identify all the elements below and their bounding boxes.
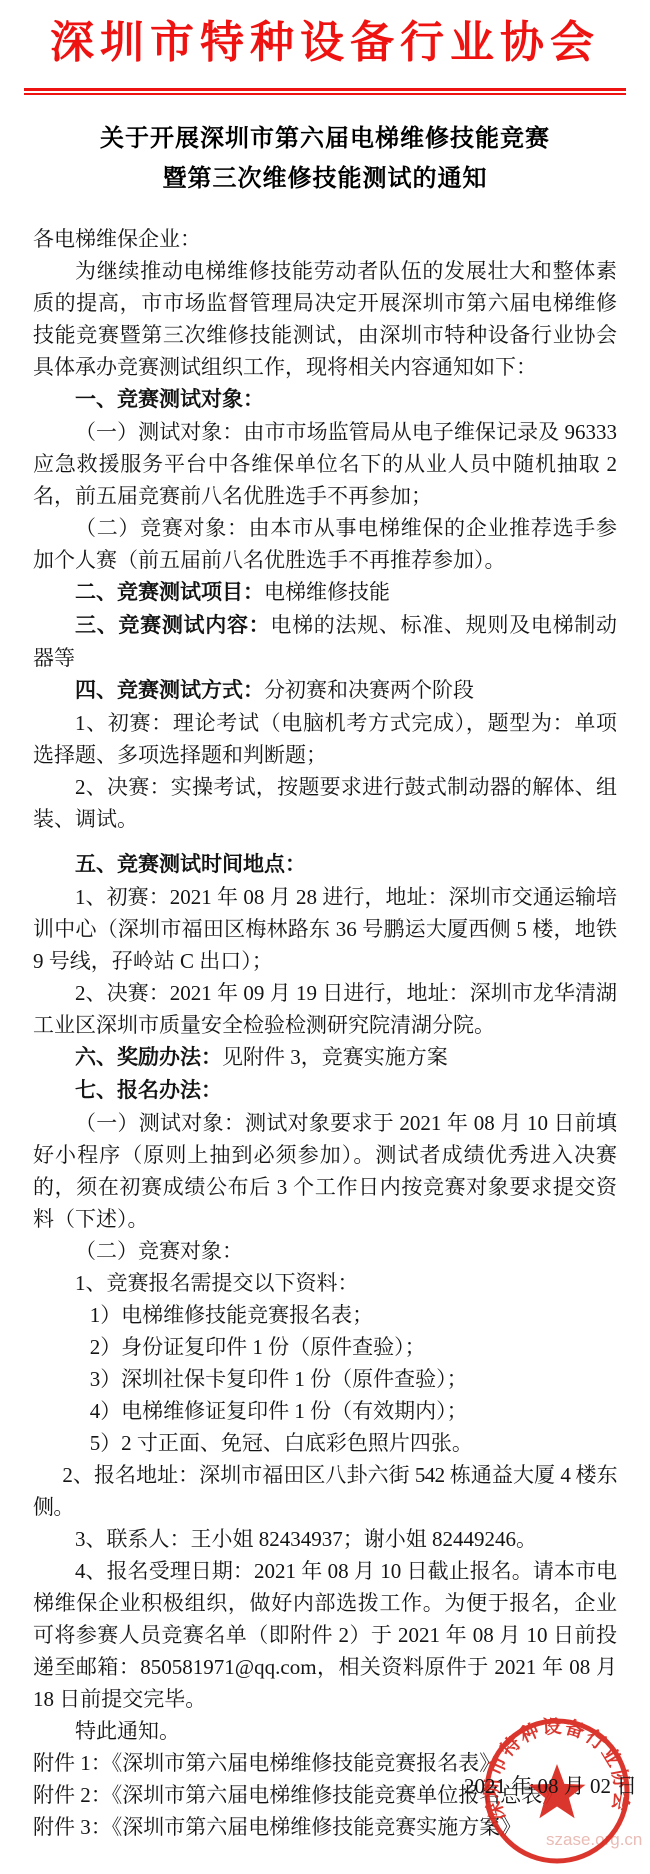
section-7-heading: 七、报名办法： [33, 1074, 617, 1107]
intro-paragraph: 为继续推动电梯维修技能劳动者队伍的发展壮大和整体素质的提高，市市场监督管理局决定… [33, 255, 617, 383]
section-3-heading: 三、竞赛测试内容：电梯的法规、标准、规则及电梯制动器等 [33, 609, 617, 674]
section-4-item-2: 2、决赛：实操考试，按题要求进行鼓式制动器的解体、组装、调试。 [33, 771, 617, 835]
section-6-heading: 六、奖励办法：见附件 3，竞赛实施方案 [33, 1041, 617, 1074]
material-4: 4）电梯维修证复印件 1 份（有效期内）； [33, 1395, 617, 1427]
notice-document: 深圳市特种设备行业协会 关于开展深圳市第六届电梯维修技能竞赛 暨第三次维修技能测… [0, 0, 650, 1874]
registration-deadline: 4、报名受理日期：2021 年 08 月 10 日截止报名。请本市电梯维保企业积… [33, 1555, 617, 1715]
materials-intro: 1、竞赛报名需提交以下资料： [33, 1267, 617, 1299]
material-3: 3）深圳社保卡复印件 1 份（原件查验）； [33, 1363, 617, 1395]
registration-address: 2、报名地址：深圳市福田区八卦六街 542 栋通益大厦 4 楼东侧。 [33, 1459, 617, 1523]
issue-date: 2021 年 08 月 02 日 [464, 1770, 637, 1800]
document-title-line1: 关于开展深圳市第六届电梯维修技能竞赛 [100, 125, 550, 152]
contacts: 3、联系人：王小姐 82434937；谢小姐 82449246。 [33, 1523, 617, 1555]
section-5-heading-bold-label: 五、竞赛测试时间地点： [75, 853, 306, 876]
document-title-line2: 暨第三次维修技能测试的通知 [163, 165, 488, 192]
section-7-item-2: （二）竞赛对象： [33, 1235, 617, 1267]
section-1-item-1: （一）测试对象：由市市场监管局从电子维保记录及 96333 应急救援服务平台中各… [33, 416, 617, 512]
section-4-heading: 四、竞赛测试方式：分初赛和决赛两个阶段 [33, 674, 617, 707]
section-1-heading-bold-label: 一、竞赛测试对象： [75, 388, 264, 411]
section-5-item-1: 1、初赛：2021 年 08 月 28 进行，地址：深圳市交通运输培训中心（深圳… [33, 881, 617, 977]
salutation: 各电梯维保企业： [33, 223, 617, 255]
material-5: 5）2 寸正面、免冠、白底彩色照片四张。 [33, 1427, 617, 1459]
org-name-header: 深圳市特种设备行业协会 [0, 0, 650, 70]
section-1-item-2: （二）竞赛对象：由本市从事电梯维保的企业推荐选手参加个人赛（前五届前八名优胜选手… [33, 512, 617, 576]
material-2: 2）身份证复印件 1 份（原件查验）； [33, 1331, 617, 1363]
material-1: 1）电梯维修技能竞赛报名表； [33, 1299, 617, 1331]
red-divider-rule [24, 88, 626, 95]
section-4-item-1: 1、初赛：理论考试（电脑机考方式完成），题型为：单项选择题、多项选择题和判断题； [33, 707, 617, 771]
section-5-heading: 五、竞赛测试时间地点： [33, 848, 617, 881]
section-7-item-1: （一）测试对象：测试对象要求于 2021 年 08 月 10 日前填好小程序（原… [33, 1107, 617, 1235]
section-5-item-2: 2、决赛：2021 年 09 月 19 日进行，地址：深圳市龙华清湖工业区深圳市… [33, 977, 617, 1041]
section-6-heading-bold-label: 六、奖励办法： [75, 1046, 222, 1069]
section-1-heading: 一、竞赛测试对象： [33, 383, 617, 416]
section-3-heading-bold-label: 三、竞赛测试内容： [75, 614, 270, 637]
section-4-heading-bold-label: 四、竞赛测试方式： [75, 679, 264, 702]
section-7-heading-bold-label: 七、报名办法： [75, 1079, 222, 1102]
document-title: 关于开展深圳市第六届电梯维修技能竞赛 暨第三次维修技能测试的通知 [30, 119, 620, 199]
section-2-heading-bold-label: 二、竞赛测试项目： [75, 581, 264, 604]
document-body: 各电梯维保企业：为继续推动电梯维修技能劳动者队伍的发展壮大和整体素质的提高，市市… [33, 223, 617, 1843]
section-2-heading: 二、竞赛测试项目：电梯维修技能 [33, 576, 617, 609]
